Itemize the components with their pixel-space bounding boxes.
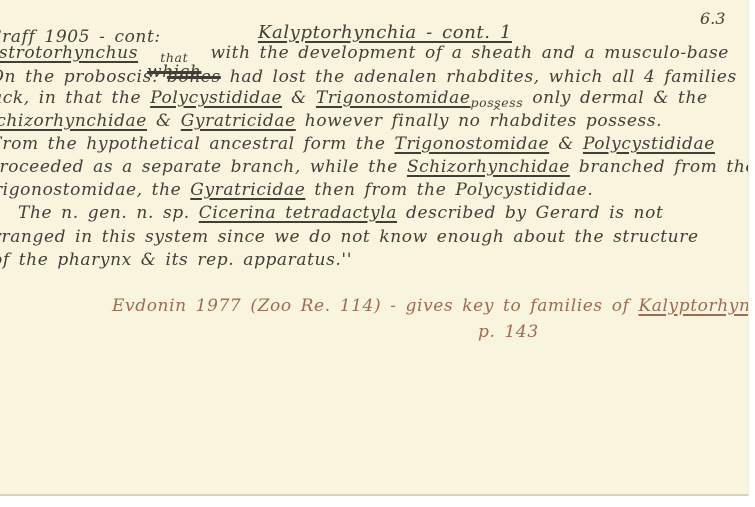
note-line: Evdonin 1977 (Zoo Re. 114) - gives key t… bbox=[112, 296, 749, 316]
note-line: On the proboscis. bones had lost the ade… bbox=[0, 67, 737, 87]
text-segment: only dermal & the bbox=[523, 88, 707, 108]
text-segment: however finally no rhabdites possess. bbox=[296, 111, 662, 131]
text-segment: & bbox=[549, 134, 583, 154]
note-line: of the pharynx & its rep. apparatus.'' bbox=[0, 250, 352, 270]
text-segment: & bbox=[282, 88, 316, 108]
text-segment bbox=[138, 43, 147, 63]
text-segment: p. 143 bbox=[478, 322, 539, 342]
page-number: 6.3 bbox=[700, 9, 725, 28]
text-segment: with the development of a sheath and a m… bbox=[201, 43, 728, 63]
text-segment: arranged in this system since we do not … bbox=[0, 227, 699, 247]
index-card: Kalyptorhynchia - cont. 1 6.3 Graff 1905… bbox=[0, 0, 749, 496]
note-line: proceeded as a separate branch, while th… bbox=[0, 157, 749, 177]
underlined-taxon: Polycystididae bbox=[583, 134, 715, 154]
text-segment: of the pharynx & its rep. apparatus.'' bbox=[0, 250, 352, 270]
underlined-taxon: Schizorhynchidae bbox=[0, 111, 147, 131]
text-segment: The n. gen. n. sp. bbox=[18, 203, 199, 223]
underlined-taxon: Cicerina tetradactyla bbox=[199, 203, 397, 223]
text-segment: Evdonin 1977 (Zoo Re. 114) - gives key t… bbox=[112, 296, 638, 316]
card-title-text: Kalyptorhynchia - cont. 1 bbox=[258, 22, 512, 43]
underlined-taxon: Astrotorhynchus bbox=[0, 43, 138, 63]
underlined-taxon: Polycystididae bbox=[150, 88, 282, 108]
note-line: p. 143 bbox=[478, 322, 539, 342]
scan-background: Kalyptorhynchia - cont. 1 6.3 Graff 1905… bbox=[0, 0, 755, 507]
note-line: Schizorhynchidae & Gyratricidae however … bbox=[0, 111, 662, 131]
text-segment: then from the Polycystididae. bbox=[305, 180, 593, 200]
note-line: The n. gen. n. sp. Cicerina tetradactyla… bbox=[18, 203, 663, 223]
text-segment: & bbox=[147, 111, 181, 131]
underlined-taxon: Trigonostomidae bbox=[316, 88, 471, 108]
underlined-taxon: Gyratricidae bbox=[181, 111, 296, 131]
text-segment: Trigonostomidae, the bbox=[0, 180, 190, 200]
text-segment: branched from the bbox=[570, 157, 749, 177]
text-segment: lack, in that the bbox=[0, 88, 150, 108]
struck-word: bones bbox=[167, 67, 221, 87]
underlined-taxon: Schizorhynchidae bbox=[407, 157, 570, 177]
text-segment: proceeded as a separate branch, while th… bbox=[0, 157, 407, 177]
text-segment: described by Gerard is not bbox=[397, 203, 663, 223]
text-segment: had lost the adenalen rhabdites, which a… bbox=[221, 67, 737, 87]
note-line: From the hypothetical ancestral form the… bbox=[0, 134, 715, 154]
note-line: arranged in this system since we do not … bbox=[0, 227, 699, 247]
underlined-taxon: Trigonostomidae bbox=[395, 134, 550, 154]
underlined-taxon: Gyratricidae bbox=[190, 180, 305, 200]
underlined-taxon: Kalyptorhynchia bbox=[638, 296, 749, 316]
text-segment: On the proboscis. bbox=[0, 67, 167, 87]
text-segment: From the hypothetical ancestral form the bbox=[0, 134, 395, 154]
note-line: Trigonostomidae, the Gyratricidae then f… bbox=[0, 180, 593, 200]
